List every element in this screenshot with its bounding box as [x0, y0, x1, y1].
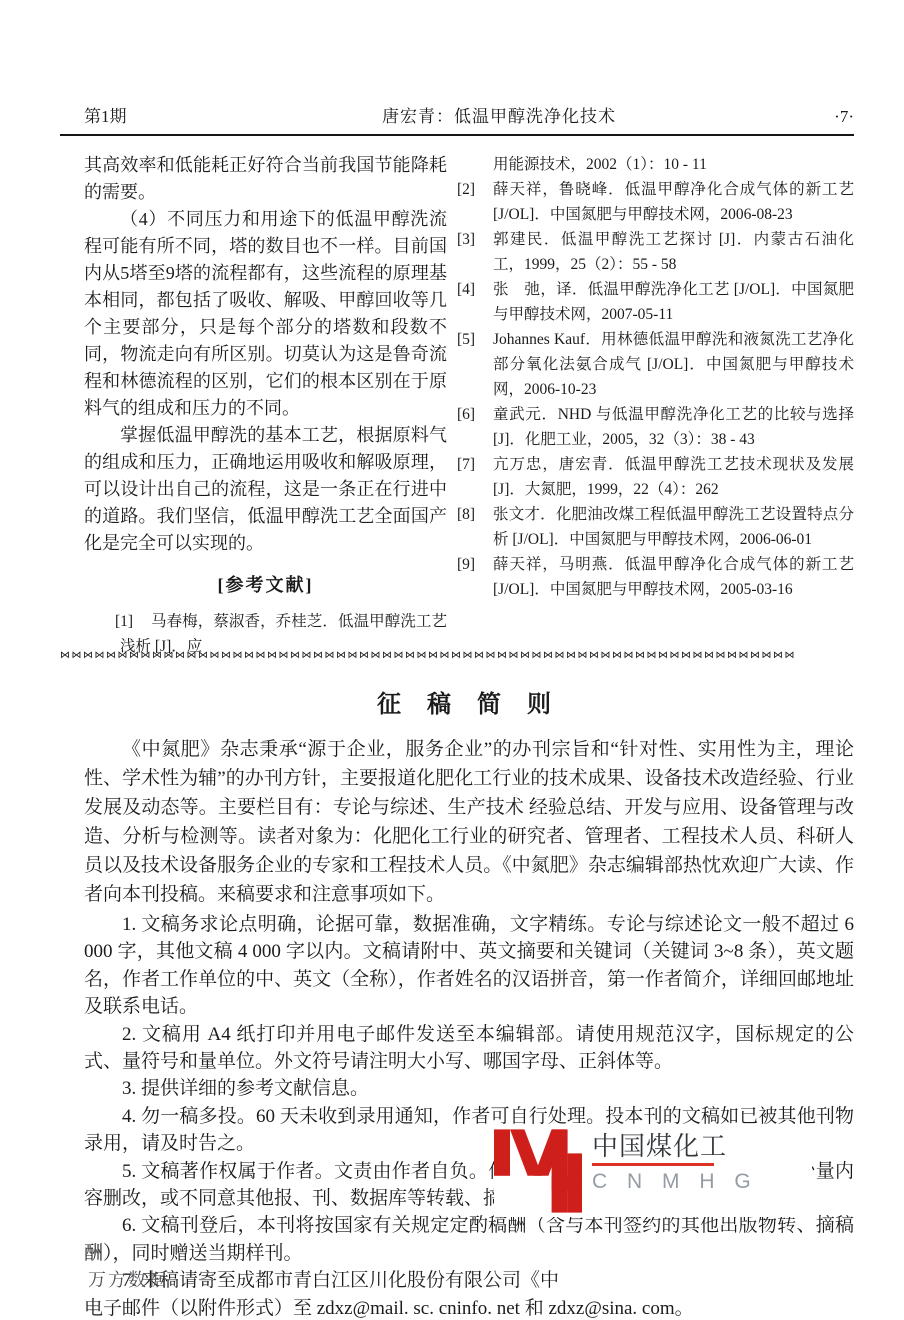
- reference-item: [7]亢万忠，唐宏青．低温甲醇洗工艺技术现状及发展 [J]．大氮肥，1999，2…: [457, 452, 854, 502]
- reference-text: 薛天祥，鲁晓峰．低温甲醇净化合成气体的新工艺 [J/OL]．中国氮肥与甲醇技术网…: [493, 181, 854, 223]
- running-head: 第1期 唐宏青：低温甲醇洗净化技术 ·7·: [84, 0, 854, 127]
- notice-intro: 《中氮肥》杂志秉承“源于企业，服务企业”的办刊宗旨和“针对性、实用性为主，理论性…: [84, 735, 854, 909]
- reference-item: 用能源技术，2002（1）：10 - 11: [457, 152, 854, 177]
- reference-text: Johannes Kauf．用林德低温甲醇洗和液氮洗工艺净化部分氧化法氨合成气 …: [493, 331, 854, 398]
- notice-item: 1. 文稿务求论点明确，论据可靠，数据准确，文字精练。专论与综述论文一般不超过 …: [84, 911, 854, 1021]
- reference-number: [4]: [457, 277, 475, 302]
- header-rule: [60, 134, 854, 136]
- journal-page: 第1期 唐宏青：低温甲醇洗净化技术 ·7· 其高效率和低能耗正好符合当前我国节能…: [0, 0, 904, 1320]
- article-columns: 其高效率和低能耗正好符合当前我国节能降耗的需要。（4）不同压力和用途下的低温甲醇…: [84, 152, 854, 650]
- reference-item: [9]薛天祥，马明燕．低温甲醇净化合成气体的新工艺 [J/OL]．中国氮肥与甲醇…: [457, 552, 854, 602]
- reference-item: [6]童武元．NHD 与低温甲醇洗净化工艺的比较与选择 [J]．化肥工业，200…: [457, 402, 854, 452]
- left-reference-list: [1]马春梅，蔡淑香，乔桂芝．低温甲醇洗工艺浅析 [J]．应: [84, 609, 447, 659]
- logo-latin-name: C N M H G: [592, 1170, 758, 1194]
- reference-number: [8]: [457, 502, 475, 527]
- notice-item-7-line1: 7. 来稿请寄至成都市青白江区川化股份有限公司《中: [84, 1267, 854, 1294]
- reference-item: [3]郭建民．低温甲醇洗工艺探讨 [J]．内蒙古石油化工，1999，25（2）：…: [457, 227, 854, 277]
- mh-monogram-icon: [494, 1129, 582, 1213]
- reference-item: [2]薛天祥，鲁晓峰．低温甲醇净化合成气体的新工艺 [J/OL]．中国氮肥与甲醇…: [457, 177, 854, 227]
- reference-item: [8]张文才．化肥油改煤工程低温甲醇洗工艺设置特点分析 [J/OL]．中国氮肥与…: [457, 502, 854, 552]
- reference-text: 郭建民．低温甲醇洗工艺探讨 [J]．内蒙古石油化工，1999，25（2）：55 …: [493, 231, 854, 273]
- page-number: ·7·: [774, 107, 854, 127]
- reference-number: [5]: [457, 327, 475, 352]
- notice-item: 6. 文稿刊登后，本刊将按国家有关规定定酌稿酬（含与本刊签约的其他出版物转、摘稿…: [84, 1212, 854, 1267]
- reference-text: 用能源技术，2002（1）：10 - 11: [493, 156, 707, 173]
- notice-item: 3. 提供详细的参考文献信息。: [84, 1075, 854, 1102]
- reference-item: [5]Johannes Kauf．用林德低温甲醇洗和液氮洗工艺净化部分氧化法氨合…: [457, 327, 854, 402]
- reference-text: 张 弛，译．低温甲醇洗净化工艺 [J/OL]．中国氮肥与甲醇技术网，2007-0…: [493, 281, 854, 323]
- body-paragraph: （4）不同压力和用途下的低温甲醇洗流程可能有所不同，塔的数目也不一样。目前国内从…: [84, 206, 447, 422]
- body-paragraph: 其高效率和低能耗正好符合当前我国节能降耗的需要。: [84, 152, 447, 206]
- notice-item: 2. 文稿用 A4 纸打印并用电子邮件发送至本编辑部。请使用规范汉字，国标规定的…: [84, 1021, 854, 1076]
- running-title: 唐宏青：低温甲醇洗净化技术: [224, 102, 774, 127]
- notice-title: 征 稿 简 则: [84, 684, 854, 719]
- reference-text: 薛天祥，马明燕．低温甲醇净化合成气体的新工艺 [J/OL]．中国氮肥与甲醇技术网…: [493, 556, 854, 598]
- reference-number: [2]: [457, 177, 475, 202]
- reference-number: [1]: [84, 609, 133, 634]
- left-column: 其高效率和低能耗正好符合当前我国节能降耗的需要。（4）不同压力和用途下的低温甲醇…: [84, 152, 447, 650]
- logo-underline: [592, 1163, 714, 1166]
- body-paragraphs: 其高效率和低能耗正好符合当前我国节能降耗的需要。（4）不同压力和用途下的低温甲醇…: [84, 152, 447, 557]
- logo-chinese-name: 中国煤化工: [592, 1131, 758, 1161]
- wanfang-watermark: 万方数据: [88, 1266, 168, 1292]
- reference-number: [7]: [457, 452, 475, 477]
- reference-item: [4]张 弛，译．低温甲醇洗净化工艺 [J/OL]．中国氮肥与甲醇技术网，200…: [457, 277, 854, 327]
- reference-text: 马春梅，蔡淑香，乔桂芝．低温甲醇洗工艺浅析 [J]．应: [120, 613, 447, 655]
- cnmhg-watermark: 中国煤化工 C N M H G: [494, 1129, 812, 1217]
- reference-text: 童武元．NHD 与低温甲醇洗净化工艺的比较与选择 [J]．化肥工业，2005，3…: [493, 406, 854, 448]
- reference-text: 张文才．化肥油改煤工程低温甲醇洗工艺设置特点分析 [J/OL]．中国氮肥与甲醇技…: [493, 506, 854, 548]
- reference-number: [3]: [457, 227, 475, 252]
- reference-text: 亢万忠，唐宏青．低温甲醇洗工艺技术现状及发展 [J]．大氮肥，1999，22（4…: [493, 456, 854, 498]
- notice-item-7: 7. 来稿请寄至成都市青白江区川化股份有限公司《中 电子邮件（以附件形式）至 z…: [84, 1267, 854, 1320]
- right-reference-list: 用能源技术，2002（1）：10 - 11[2]薛天祥，鲁晓峰．低温甲醇净化合成…: [457, 152, 854, 602]
- body-paragraph: 掌握低温甲醇洗的基本工艺，根据原料气的组成和压力，正确地运用吸收和解吸原理，可以…: [84, 422, 447, 557]
- reference-number: [6]: [457, 402, 475, 427]
- reference-number: [9]: [457, 552, 475, 577]
- right-column: 用能源技术，2002（1）：10 - 11[2]薛天祥，鲁晓峰．低温甲醇净化合成…: [457, 152, 854, 650]
- references-heading: [参考文献]: [84, 572, 447, 599]
- notice-item-7-line2: 电子邮件（以附件形式）至 zdxz@mail. sc. cninfo. net …: [84, 1295, 854, 1320]
- issue-label: 第1期: [84, 102, 224, 127]
- notice-section: 《中氮肥》杂志秉承“源于企业，服务企业”的办刊宗旨和“针对性、实用性为主，理论性…: [84, 735, 854, 1320]
- logo-text-block: 中国煤化工 C N M H G: [592, 1129, 758, 1194]
- reference-item: [1]马春梅，蔡淑香，乔桂芝．低温甲醇洗工艺浅析 [J]．应: [84, 609, 447, 659]
